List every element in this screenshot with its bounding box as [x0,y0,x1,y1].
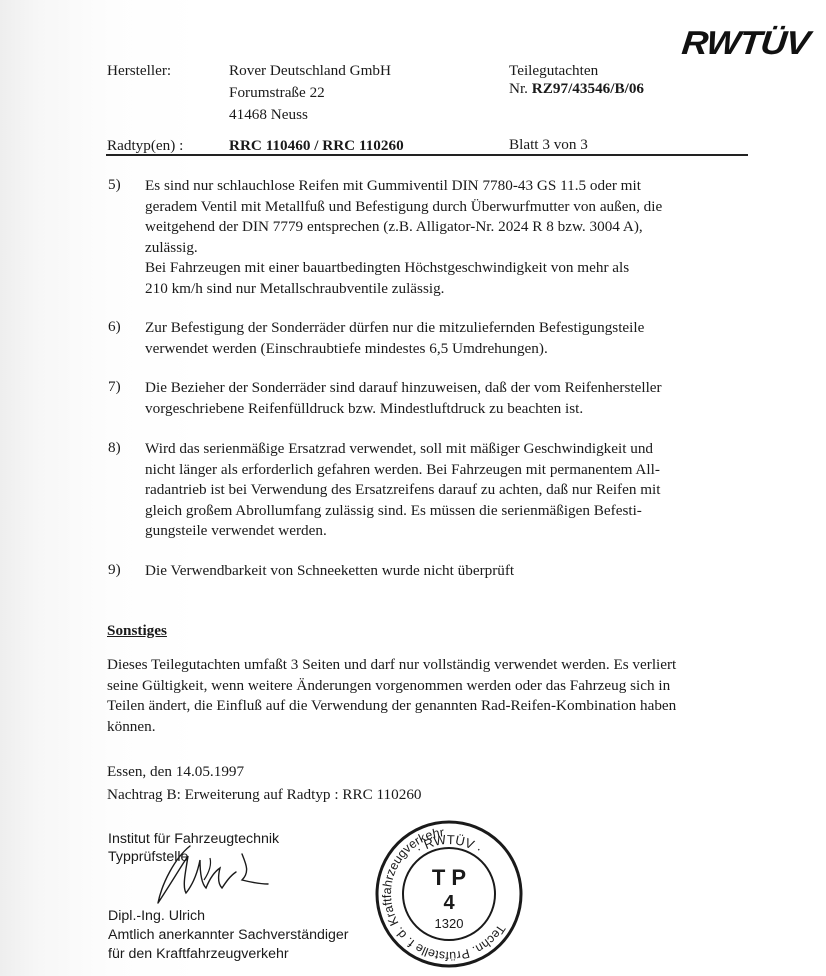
item-7-text: Die Bezieher der Sonderräder sind darauf… [145,378,662,419]
sonstiges-text: Dieses Teilegutachten umfaßt 3 Seiten un… [107,655,676,737]
item-line: 210 km/h sind nur Metallschraubventile z… [145,279,662,300]
item-9-text: Die Verwendbarkeit von Schneeketten wurd… [145,561,514,582]
report-number: RZ97/43546/B/06 [532,80,644,97]
item-line: geradem Ventil mit Metallfuß und Befesti… [145,197,662,218]
item-line: gleich großem Abrollumfang zulässig sind… [145,501,660,522]
item-9-number: 9) [108,561,121,579]
signer-title-2: für den Kraftfahrzeugverkehr [108,946,289,962]
item-6-number: 6) [108,318,121,336]
report-number-prefix: Nr. [509,80,528,97]
signer-title-1: Amtlich anerkannter Sachverständiger [108,927,349,943]
manufacturer-name: Rover Deutschland GmbH [229,62,391,80]
header-rule [106,154,748,156]
manufacturer-label: Hersteller: [107,62,171,80]
item-5-number: 5) [108,176,121,194]
sonstiges-line: Teilen ändert, die Einfluß auf die Verwe… [107,696,676,717]
item-line: zulässig. [145,238,662,259]
signer-name: Dipl.-Ing. Ulrich [108,908,205,924]
item-line: Wird das serienmäßige Ersatzrad verwende… [145,439,660,460]
item-5-text: Es sind nur schlauchlose Reifen mit Gumm… [145,176,662,299]
sheet-indicator: Blatt 3 von 3 [509,136,588,154]
item-line: radantrieb ist bei Verwendung des Ersatz… [145,480,660,501]
stamp-number: 4 [443,892,455,914]
item-line: weitgehend der DIN 7779 entsprechen (z.B… [145,217,662,238]
manufacturer-city: 41468 Neuss [229,106,308,124]
handwritten-signature [150,838,280,908]
stamp-code: 1320 [435,916,464,931]
official-stamp: · RWTÜV · Techn. Prüfstelle f. d. Kraftf… [372,817,526,971]
item-8-number: 8) [108,439,121,457]
addendum: Nachtrag B: Erweiterung auf Radtyp : RRC… [107,786,422,804]
sonstiges-line: Dieses Teilegutachten umfaßt 3 Seiten un… [107,655,676,676]
item-line: Die Verwendbarkeit von Schneeketten wurd… [145,561,514,582]
place-date: Essen, den 14.05.1997 [107,763,244,781]
item-line: Die Bezieher der Sonderräder sind darauf… [145,378,662,399]
sonstiges-line: können. [107,717,676,738]
item-line: Es sind nur schlauchlose Reifen mit Gumm… [145,176,662,197]
item-6-text: Zur Befestigung der Sonderräder dürfen n… [145,318,644,359]
rwtuv-logo: RWTÜV [680,24,811,62]
item-8-text: Wird das serienmäßige Ersatzrad verwende… [145,439,660,542]
manufacturer-street: Forumstraße 22 [229,84,325,102]
wheel-types: RRC 110460 / RRC 110260 [229,137,404,155]
item-line: Zur Befestigung der Sonderräder dürfen n… [145,318,644,339]
sonstiges-heading: Sonstiges [107,622,167,640]
item-7-number: 7) [108,378,121,396]
report-number-line: Nr. RZ97/43546/B/06 [509,80,644,98]
item-line: gungsteile verwendet werden. [145,521,660,542]
item-line: Bei Fahrzeugen mit einer bauartbedingten… [145,258,662,279]
sonstiges-line: seine Gültigkeit, wenn weitere Änderunge… [107,676,676,697]
item-line: verwendet werden (Einschraubtiefe mindes… [145,339,644,360]
item-line: vorgeschriebene Reifenfülldruck bzw. Min… [145,399,662,420]
wheel-type-label: Radtyp(en) : [107,137,183,155]
item-line: nicht länger als erforderlich gefahren w… [145,460,660,481]
report-title: Teilegutachten [509,62,598,80]
stamp-tp: T P [432,865,466,890]
